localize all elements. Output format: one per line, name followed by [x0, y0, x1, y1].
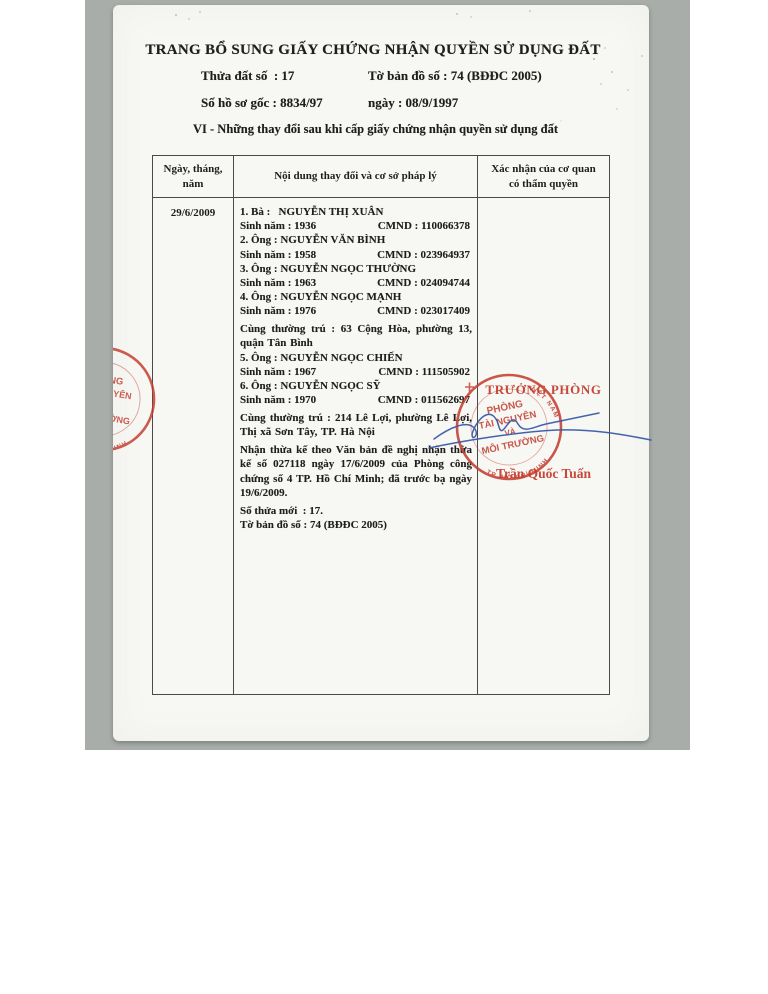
person-name-line: 3. Ông : NGUYỄN NGỌC THƯỜNG: [240, 262, 472, 276]
inheritance-note: Nhận thừa kế theo Văn bản đề nghị nhận t…: [240, 443, 472, 500]
table-header-row: Ngày, tháng, năm Nội dung thay đổi và cơ…: [153, 156, 609, 198]
person-id-number: CMND : 111505902: [378, 365, 470, 379]
person-id-number: CMND : 023964937: [377, 248, 470, 262]
residence-note: Cùng thường trú : 63 Cộng Hòa, phường 13…: [240, 322, 472, 350]
approver-name: Trần Quốc Tuấn: [478, 466, 609, 482]
parcel-number: Thửa đất số : 17: [201, 68, 294, 84]
person-name-line: 6. Ông : NGUYỄN NGỌC SỸ: [240, 379, 472, 393]
person-birth-year: Sinh năm : 1967: [240, 365, 316, 379]
person-id-number: CMND : 110066378: [378, 219, 470, 233]
person-birth-year: Sinh năm : 1936: [240, 219, 316, 233]
document-title: TRANG BỔ SUNG GIẤY CHỨNG NHẬN QUYỀN SỬ D…: [113, 42, 633, 59]
person-id-number: CMND : 024094744: [377, 276, 470, 290]
section-heading: VI - Những thay đổi sau khi cấp giấy chứ…: [193, 122, 558, 137]
person-birth-year: Sinh năm : 1963: [240, 276, 316, 290]
person-name-line: 4. Ông : NGUYỄN NGỌC MẠNH: [240, 290, 472, 304]
map-sheet-number: Tờ bản đồ số : 74 (BĐĐC 2005): [368, 68, 542, 84]
person-id-number: CMND : 011562697: [378, 393, 470, 407]
person-entry: 3. Ông : NGUYỄN NGỌC THƯỜNG Sinh năm : 1…: [240, 262, 472, 290]
person-id-number: CMND : 023017409: [377, 304, 470, 318]
person-entry: 2. Ông : NGUYỄN VĂN BÌNH Sinh năm : 1958…: [240, 233, 472, 261]
person-name-line: 2. Ông : NGUYỄN VĂN BÌNH: [240, 233, 472, 247]
person-birth-year: Sinh năm : 1976: [240, 304, 316, 318]
person-entry: 5. Ông : NGUYỄN NGỌC CHIẾN Sinh năm : 19…: [240, 351, 472, 379]
dossier-number: Số hồ sơ gốc : 8834/97: [201, 95, 323, 111]
approver-title: TRƯỞNG PHÒNG: [478, 382, 609, 398]
change-date-cell: 29/6/2009: [153, 198, 234, 694]
person-entry: 6. Ông : NGUYỄN NGỌC SỸ Sinh năm : 1970C…: [240, 379, 472, 407]
column-header-date: Ngày, tháng, năm: [153, 156, 234, 197]
person-name-line: 1. Bà : NGUYỄN THỊ XUÂN: [240, 205, 472, 219]
new-parcel-line: Số thửa mới : 17.: [240, 504, 472, 518]
scan-noise: [0, 0, 2, 2]
person-entry: 1. Bà : NGUYỄN THỊ XUÂN Sinh năm : 1936C…: [240, 205, 472, 233]
scanned-certificate-page: TRANG BỔ SUNG GIẤY CHỨNG NHẬN QUYỀN SỬ D…: [0, 0, 768, 994]
person-birth-year: Sinh năm : 1970: [240, 393, 316, 407]
residence-note: Cùng thường trú : 214 Lê Lợi, phường Lê …: [240, 411, 472, 439]
person-birth-year: Sinh năm : 1958: [240, 248, 316, 262]
changes-table: Ngày, tháng, năm Nội dung thay đổi và cơ…: [152, 155, 610, 695]
person-name-line: 5. Ông : NGUYỄN NGỌC CHIẾN: [240, 351, 472, 365]
person-entry: 4. Ông : NGUYỄN NGỌC MẠNH Sinh năm : 197…: [240, 290, 472, 318]
change-content-cell: 1. Bà : NGUYỄN THỊ XUÂN Sinh năm : 1936C…: [234, 198, 478, 694]
confirmation-cell: TRƯỞNG PHÒNG Trần Quốc Tuấn: [478, 198, 609, 694]
dossier-date: ngày : 08/9/1997: [368, 95, 458, 111]
map-sheet-line: Tờ bản đồ số : 74 (BĐĐC 2005): [240, 518, 472, 532]
table-row: 29/6/2009 1. Bà : NGUYỄN THỊ XUÂN Sinh n…: [153, 198, 609, 694]
column-header-confirmation: Xác nhận của cơ quan có thẩm quyền: [478, 156, 609, 197]
column-header-content: Nội dung thay đổi và cơ sở pháp lý: [234, 156, 478, 197]
